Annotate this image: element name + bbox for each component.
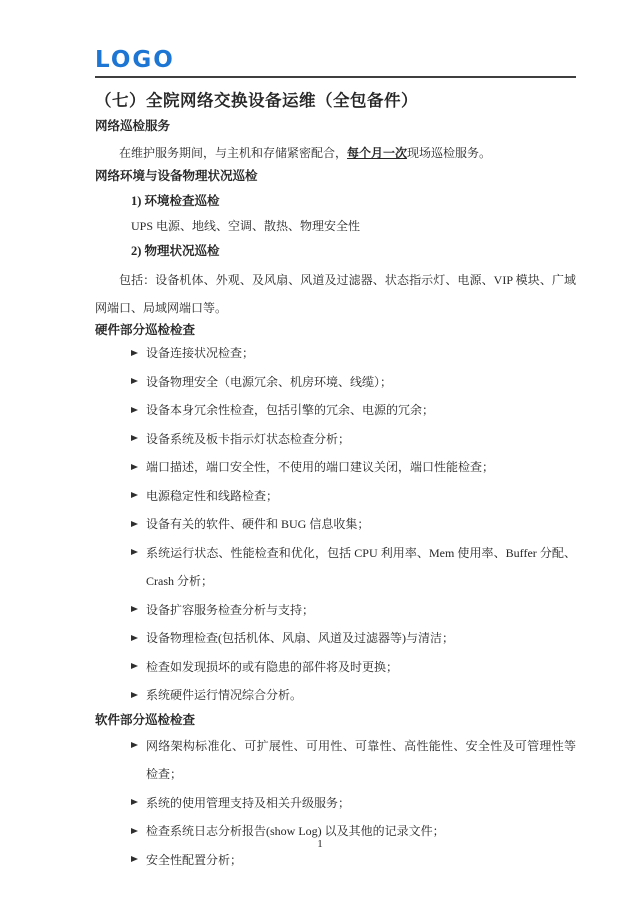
document-page: LOGO （七）全院网络交换设备运维（全包备件） 网络巡检服务 在维护服务期间，… [0,0,640,906]
checklist-item-text: 系统运行状态、性能检查和优化，包括 CPU 利用率、Mem 使用率、Buffer… [146,546,576,589]
checklist-item-text: 设备物理检查(包括机体、风扇、风道及过滤器等)与清洁； [146,631,454,645]
bullet-arrow-icon [131,856,138,862]
bullet-arrow-icon [131,663,138,669]
checklist-item-text: 检查系统日志分析报告(show Log) 以及其他的记录文件； [146,824,445,838]
checklist-item-text: 网络架构标准化、可扩展性、可用性、可靠性、高性能性、安全性及可管理性等检查； [146,739,576,782]
checklist-item: 网络架构标准化、可扩展性、可用性、可靠性、高性能性、安全性及可管理性等检查； [131,732,576,789]
subheading-env-check: 1) 环境检查巡检 [131,193,576,210]
checklist-item: 检查如发现损坏的或有隐患的部件将及时更换； [131,653,576,682]
checklist-item-text: 端口描述，端口安全性，不使用的端口建议关闭，端口性能检查； [146,460,494,474]
checklist-item: 系统硬件运行情况综合分析。 [131,681,576,710]
heading-hardware-inspection: 硬件部分巡检检查 [95,322,576,339]
bullet-arrow-icon [131,692,138,698]
bullet-arrow-icon [131,378,138,384]
bullet-arrow-icon [131,407,138,413]
heading-software-inspection: 软件部分巡检检查 [95,712,576,729]
checklist-item: 设备物理检查(包括机体、风扇、风道及过滤器等)与清洁； [131,624,576,653]
checklist-item-text: 电源稳定性和线路检查； [146,489,278,503]
checklist-item: 设备连接状况检查； [131,339,576,368]
checklist-item-text: 安全性配置分析； [146,853,242,867]
bullet-arrow-icon [131,464,138,470]
checklist-item-text: 设备连接状况检查； [146,346,254,360]
checklist-item: 设备本身冗余性检查，包括引擎的冗余、电源的冗余； [131,396,576,425]
physical-status-text: 包括：设备机体、外观、及风扇、风道及过滤器、状态指示灯、电源、VIP 模块、广域… [95,266,576,322]
bullet-arrow-icon [131,521,138,527]
checklist-item: 系统的使用管理支持及相关升级服务； [131,789,576,818]
heading-network-inspection: 网络巡检服务 [95,118,576,135]
checklist-item: 电源稳定性和线路检查； [131,482,576,511]
doc-title: （七）全院网络交换设备运维（全包备件） [95,90,576,112]
bullet-arrow-icon [131,350,138,356]
checklist-item: 设备物理安全（电源冗余、机房环境、线缆）； [131,368,576,397]
checklist-item: 设备有关的软件、硬件和 BUG 信息收集； [131,510,576,539]
intro-paragraph: 在维护服务期间，与主机和存储紧密配合，每个月一次现场巡检服务。 [95,143,576,164]
bullet-arrow-icon [131,549,138,555]
bullet-arrow-icon [131,492,138,498]
bullet-arrow-icon [131,742,138,748]
checklist-item: 设备系统及板卡指示灯状态检查分析； [131,425,576,454]
hardware-checklist: 设备连接状况检查； 设备物理安全（电源冗余、机房环境、线缆）； 设备本身冗余性检… [131,339,576,710]
checklist-item-text: 系统的使用管理支持及相关升级服务； [146,796,350,810]
heading-env-physical: 网络环境与设备物理状况巡检 [95,168,576,185]
env-check-text: UPS 电源、地线、空调、散热、物理安全性 [131,218,576,235]
intro-text-suffix: 现场巡检服务。 [407,146,491,160]
checklist-item-text: 设备物理安全（电源冗余、机房环境、线缆）； [146,375,392,389]
software-checklist: 网络架构标准化、可扩展性、可用性、可靠性、高性能性、安全性及可管理性等检查； 系… [131,732,576,875]
checklist-item: 端口描述，端口安全性，不使用的端口建议关闭，端口性能检查； [131,453,576,482]
checklist-item-text: 检查如发现损坏的或有隐患的部件将及时更换； [146,660,398,674]
bullet-arrow-icon [131,799,138,805]
checklist-item-text: 设备有关的软件、硬件和 BUG 信息收集； [146,517,369,531]
logo: LOGO [95,46,576,74]
checklist-item-text: 设备扩容服务检查分析与支持； [146,603,314,617]
bullet-arrow-icon [131,828,138,834]
bullet-arrow-icon [131,635,138,641]
intro-text-prefix: 在维护服务期间，与主机和存储紧密配合， [119,146,347,160]
checklist-item-text: 系统硬件运行情况综合分析。 [146,688,302,702]
bullet-arrow-icon [131,606,138,612]
bullet-arrow-icon [131,435,138,441]
subheading-physical-status: 2) 物理状况巡检 [131,243,576,260]
checklist-item-text: 设备系统及板卡指示灯状态检查分析； [146,432,350,446]
checklist-item-text: 设备本身冗余性检查，包括引擎的冗余、电源的冗余； [146,403,434,417]
page-number: 1 [0,838,640,850]
page-content: LOGO （七）全院网络交换设备运维（全包备件） 网络巡检服务 在维护服务期间，… [95,46,576,874]
intro-emphasis: 每个月一次 [347,146,407,160]
checklist-item: 设备扩容服务检查分析与支持； [131,596,576,625]
header-rule [95,76,576,78]
checklist-item: 系统运行状态、性能检查和优化，包括 CPU 利用率、Mem 使用率、Buffer… [131,539,576,596]
